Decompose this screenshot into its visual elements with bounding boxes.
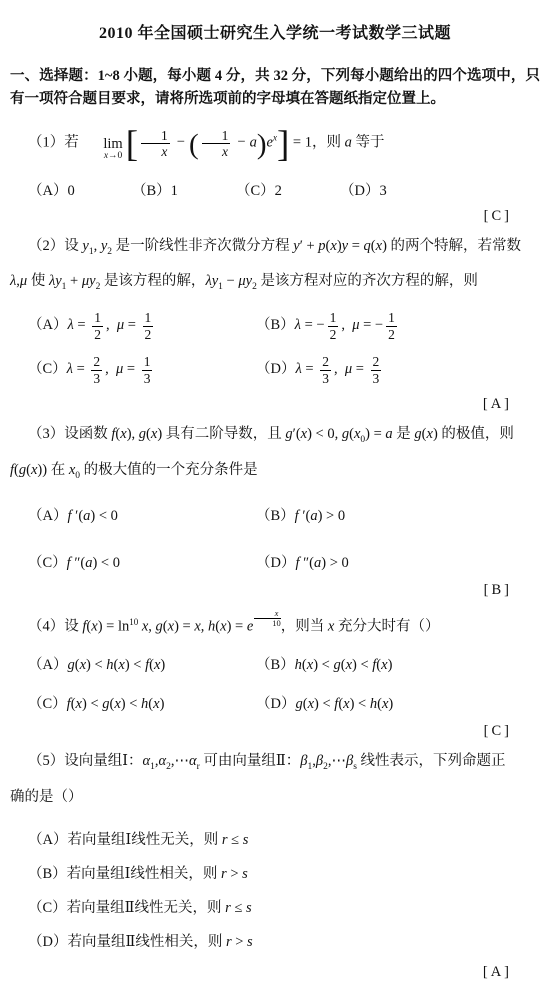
question-4-option-d: （D）g(x) < f(x) < h(x) (256, 692, 540, 713)
question-2-option-b: （B）λ = −12, μ = −12 (256, 310, 540, 342)
question-2-options: （A）λ = 12, μ = 12 （B）λ = −12, μ = −12 （C… (10, 310, 540, 386)
question-1-option-d: （D）3 (340, 179, 387, 200)
question-5-option-c: （C）若向量组Ⅱ线性无关，则 r ≤ s (28, 896, 540, 917)
question-1-stem: （1）若 limx→0[1x−(1x−a)ex] = 1，则 a 等于 (10, 120, 540, 167)
question-1-option-b: （B）1 (132, 179, 236, 200)
question-1-option-c: （C）2 (236, 179, 340, 200)
question-3-option-b: （B）f ′(a) > 0 (256, 504, 540, 525)
question-3-options: （A）f ′(a) < 0 （B）f ′(a) > 0 （C）f ″(a) < … (10, 504, 540, 572)
question-5-option-b: （B）若向量组Ⅰ线性相关，则 r > s (28, 862, 540, 883)
question-2: （2）设 y1, y2 是一阶线性非齐次微分方程 y′ + p(x)y = q(… (10, 229, 540, 413)
question-2-answer: [A] (10, 396, 540, 413)
question-3-option-d: （D）f ″(a) > 0 (256, 551, 540, 572)
question-5: （5）设向量组Ⅰ：α1,α2,⋯αr 可由向量组Ⅱ：β1,β2,⋯βs 线性表示… (10, 744, 540, 981)
question-5-options: （A）若向量组Ⅰ线性无关，则 r ≤ s （B）若向量组Ⅰ线性相关，则 r > … (10, 828, 540, 951)
question-3-stem: （3）设函数 f(x), g(x) 具有二阶导数，且 g′(x) < 0, g(… (10, 417, 540, 488)
question-4-option-b: （B）h(x) < g(x) < f(x) (256, 653, 540, 674)
page-title: 2010 年全国硕士研究生入学统一考试数学三试题 (10, 20, 540, 43)
question-4: （4）设 f(x) = ln10 x, g(x) = x, h(x) = ex1… (10, 609, 540, 740)
question-4-options: （A）g(x) < h(x) < f(x) （B）h(x) < g(x) < f… (10, 653, 540, 713)
exam-page: 2010 年全国硕士研究生入学统一考试数学三试题 一、选择题：1~8 小题，每小… (0, 0, 550, 995)
question-4-answer: [C] (10, 723, 540, 740)
question-4-stem: （4）设 f(x) = ln10 x, g(x) = x, h(x) = ex1… (10, 609, 540, 641)
question-2-option-c: （C）λ = 23, μ = 13 (28, 354, 256, 386)
question-2-stem: （2）设 y1, y2 是一阶线性非齐次微分方程 y′ + p(x)y = q(… (10, 229, 540, 300)
question-5-option-d: （D）若向量组Ⅱ线性相关，则 r > s (28, 930, 540, 951)
question-5-answer: [A] (10, 964, 540, 981)
question-3: （3）设函数 f(x), g(x) 具有二阶导数，且 g′(x) < 0, g(… (10, 417, 540, 599)
question-1-answer: [C] (10, 208, 540, 225)
question-3-option-c: （C）f ″(a) < 0 (28, 551, 256, 572)
question-5-option-a: （A）若向量组Ⅰ线性无关，则 r ≤ s (28, 828, 540, 849)
question-3-answer: [B] (10, 582, 540, 599)
question-1-options: （A）0 （B）1 （C）2 （D）3 (10, 179, 540, 200)
question-3-option-a: （A）f ′(a) < 0 (28, 504, 256, 525)
question-1: （1）若 limx→0[1x−(1x−a)ex] = 1，则 a 等于 （A）0… (10, 120, 540, 225)
question-4-option-c: （C）f(x) < g(x) < h(x) (28, 692, 256, 713)
question-2-option-a: （A）λ = 12, μ = 12 (28, 310, 256, 342)
question-4-option-a: （A）g(x) < h(x) < f(x) (28, 653, 256, 674)
question-5-stem: （5）设向量组Ⅰ：α1,α2,⋯αr 可由向量组Ⅱ：β1,β2,⋯βs 线性表示… (10, 744, 540, 815)
section-instructions: 一、选择题：1~8 小题，每小题 4 分，共 32 分，下列每小题给出的四个选项… (10, 65, 540, 112)
question-1-option-a: （A）0 (28, 179, 132, 200)
question-2-option-d: （D）λ = 23, μ = 23 (256, 354, 540, 386)
